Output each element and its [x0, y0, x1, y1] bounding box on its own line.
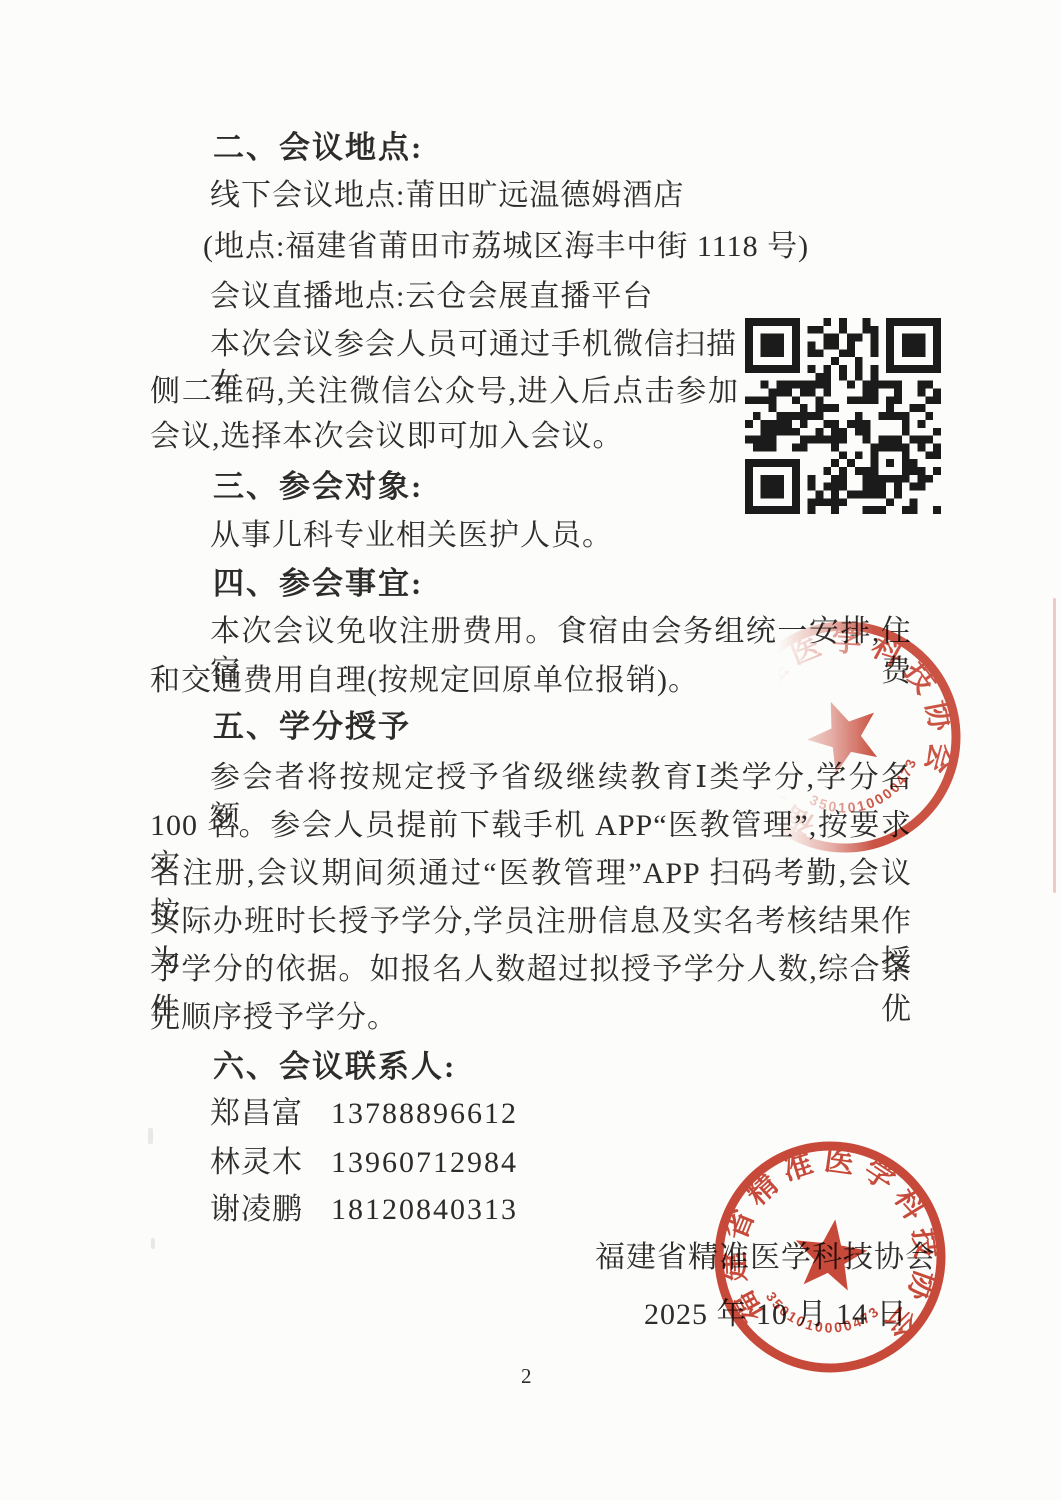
venue-offline-line: 线下会议地点:莆田旷远温德姆酒店	[210, 176, 684, 216]
section-contacts-title: 六、会议联系人:	[213, 1047, 456, 1087]
credits-line-6: 先顺序授予学分。	[150, 998, 398, 1038]
official-seal: 福建省精准医学科技协会 3501010000473	[710, 1137, 950, 1377]
official-seal-image: 福建省精准医学科技协会 3501010000473	[694, 1121, 965, 1392]
scan-speck	[151, 1238, 155, 1249]
contact-name: 林灵木	[210, 1143, 303, 1183]
contact-name: 谢凌鹏	[210, 1190, 303, 1230]
seal-serial-number: 3501010000473	[759, 1287, 885, 1343]
scanned-document-page: 二、会议地点: 线下会议地点:莆田旷远温德姆酒店 (地点:福建省莆田市荔城区海丰…	[0, 0, 1062, 1500]
svg-text:3501010000473: 3501010000473	[759, 1287, 885, 1343]
scan-red-streak	[1053, 598, 1056, 893]
qr-code-image	[745, 318, 941, 514]
section-venue-title: 二、会议地点:	[213, 128, 423, 168]
section-audience-title: 三、参会对象:	[213, 467, 423, 507]
qr-paragraph-line-2: 侧二维码,关注微信公众号,进入后点击参加	[150, 372, 739, 412]
contact-row: 谢凌鹏18120840313	[210, 1190, 518, 1230]
contact-phone: 13960712984	[331, 1143, 518, 1183]
matters-line-2: 和交通费用自理(按规定回原单位报销)。	[150, 661, 699, 701]
qr-paragraph-line-3: 会议,选择本次会议即可加入会议。	[150, 417, 624, 457]
scan-speck	[148, 1128, 153, 1144]
contact-phone: 13788896612	[331, 1094, 518, 1134]
official-seal-partial: 福建省精准医学科技协会 3501010000473	[725, 617, 965, 857]
official-seal-image: 福建省精准医学科技协会 3501010000473	[689, 581, 1001, 893]
page-number: 2	[521, 1364, 532, 1389]
contact-phone: 18120840313	[331, 1190, 518, 1230]
contact-row: 郑昌富13788896612	[210, 1094, 518, 1134]
venue-address-line: (地点:福建省莆田市荔城区海丰中街 1118 号)	[203, 227, 809, 267]
contact-row: 林灵木13960712984	[210, 1143, 518, 1183]
section-credits-title: 五、学分授予	[213, 707, 411, 747]
contact-name: 郑昌富	[210, 1094, 303, 1134]
wechat-qr-code	[745, 318, 941, 514]
venue-livestream-line: 会议直播地点:云仓会展直播平台	[210, 277, 653, 317]
section-matters-title: 四、参会事宜:	[213, 564, 423, 604]
audience-body-line: 从事儿科专业相关医护人员。	[210, 516, 613, 556]
